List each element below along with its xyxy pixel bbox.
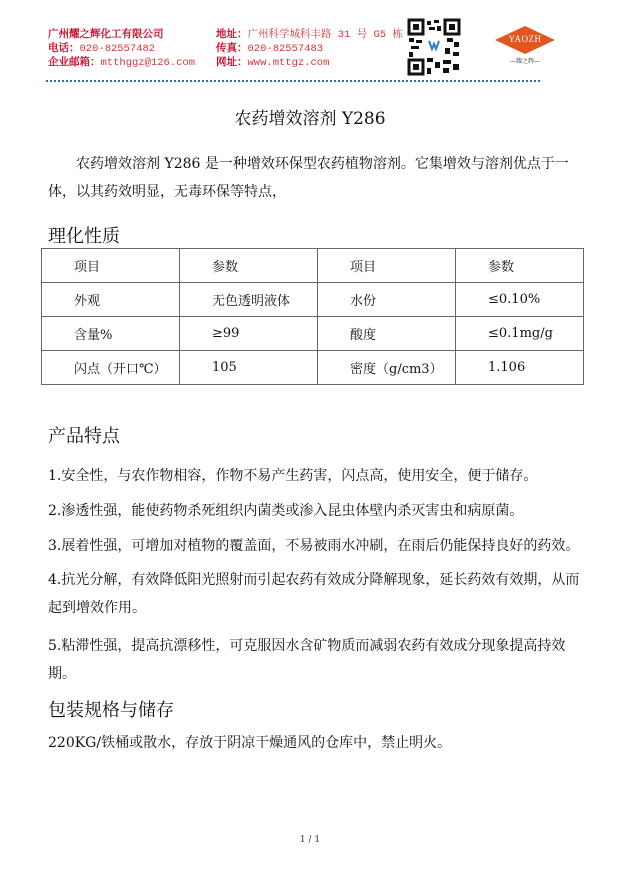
table-header-cell: 参数 — [180, 249, 318, 283]
table-cell: 无色透明液体 — [180, 283, 318, 317]
section-heading-features: 产品特点 — [48, 422, 120, 448]
table-row: 闪点（开口℃） 105 密度（g/cm3） 1.106 — [42, 351, 584, 385]
website-value[interactable]: www.mttgz.com — [248, 57, 330, 69]
feature-item: 1.安全性，与农作物相容，作物不易产生药害，闪点高，使用安全，便于储存。 — [48, 462, 593, 490]
address-value: 广州科学城科丰路 31 号 G5 栋 418 — [248, 29, 429, 41]
phone-value: 020-82557482 — [80, 43, 156, 55]
table-header-row: 项目 参数 项目 参数 — [42, 249, 584, 283]
table-header-cell: 参数 — [456, 249, 584, 283]
table-row: 外观 无色透明液体 水份 ≤0.10% — [42, 283, 584, 317]
company-name: 广州耀之辉化工有限公司 — [48, 28, 164, 40]
properties-table: 项目 参数 项目 参数 外观 无色透明液体 水份 ≤0.10% 含量% ≥99 … — [41, 248, 584, 385]
header-line-company: 广州耀之辉化工有限公司 地址：广州科学城科丰路 31 号 G5 栋 418 — [48, 28, 164, 42]
address-label: 地址： — [216, 28, 248, 40]
header-line-phone: 电话：020-82557482 传真：020-82557483 — [48, 42, 155, 56]
page-number: 1 / 1 — [0, 835, 620, 845]
qr-code-icon — [407, 18, 461, 76]
table-cell: ≥99 — [180, 317, 318, 351]
packaging-text: 220KG/铁桶或散水，存放于阴凉干燥通风的仓库中，禁止明火。 — [48, 732, 451, 752]
fax-label: 传真： — [216, 42, 248, 54]
letterhead: 广州耀之辉化工有限公司 地址：广州科学城科丰路 31 号 G5 栋 418 电话… — [0, 0, 620, 90]
feature-item: 4.抗光分解，有效降低阳光照射而引起农药有效成分降解现象，延长药效有效期，从而起… — [48, 566, 593, 622]
header-line-email: 企业邮箱：mtthggz@126.com 网址：www.mttgz.com — [48, 56, 195, 70]
phone-label: 电话： — [48, 42, 80, 54]
document-title: 农药增效溶剂 Y286 — [0, 104, 620, 129]
table-cell: 水份 — [318, 283, 456, 317]
fax-value: 020-82557483 — [248, 43, 324, 55]
feature-item: 5.粘滞性强，提高抗漂移性，可克服因水含矿物质而减弱农药有效成分现象提高持效期。 — [48, 632, 593, 688]
section-heading-properties: 理化性质 — [48, 222, 120, 248]
feature-item: 3.展着性强，可增加对植物的覆盖面，不易被雨水冲刷，在雨后仍能保持良好的药效。 — [48, 532, 593, 560]
table-header-cell: 项目 — [42, 249, 180, 283]
table-cell: 闪点（开口℃） — [42, 351, 180, 385]
table-cell: 酸度 — [318, 317, 456, 351]
feature-item: 2.渗透性强，能使药物杀死组织内菌类或渗入昆虫体壁内杀灭害虫和病原菌。 — [48, 497, 593, 525]
logo-subtitle: —耀之辉— — [499, 56, 551, 65]
table-cell: ≤0.10% — [456, 283, 584, 317]
table-header-cell: 项目 — [318, 249, 456, 283]
header-divider — [46, 80, 540, 82]
company-logo: YAOZH —耀之辉— — [495, 26, 555, 70]
table-cell: ≤0.1mg/g — [456, 317, 584, 351]
section-heading-packaging: 包装规格与储存 — [48, 696, 174, 722]
table-cell: 1.106 — [456, 351, 584, 385]
email-label: 企业邮箱： — [48, 56, 101, 68]
table-row: 含量% ≥99 酸度 ≤0.1mg/g — [42, 317, 584, 351]
table-cell: 含量% — [42, 317, 180, 351]
table-cell: 外观 — [42, 283, 180, 317]
table-cell: 105 — [180, 351, 318, 385]
email-value[interactable]: mtthggz@126.com — [101, 57, 196, 69]
website-label: 网址： — [216, 56, 248, 68]
logo-text: YAOZH — [495, 34, 555, 44]
table-cell: 密度（g/cm3） — [318, 351, 456, 385]
intro-paragraph: 农药增效溶剂 Y286 是一种增效环保型农药植物溶剂。它集增效与溶剂优点于一体，… — [48, 150, 588, 206]
